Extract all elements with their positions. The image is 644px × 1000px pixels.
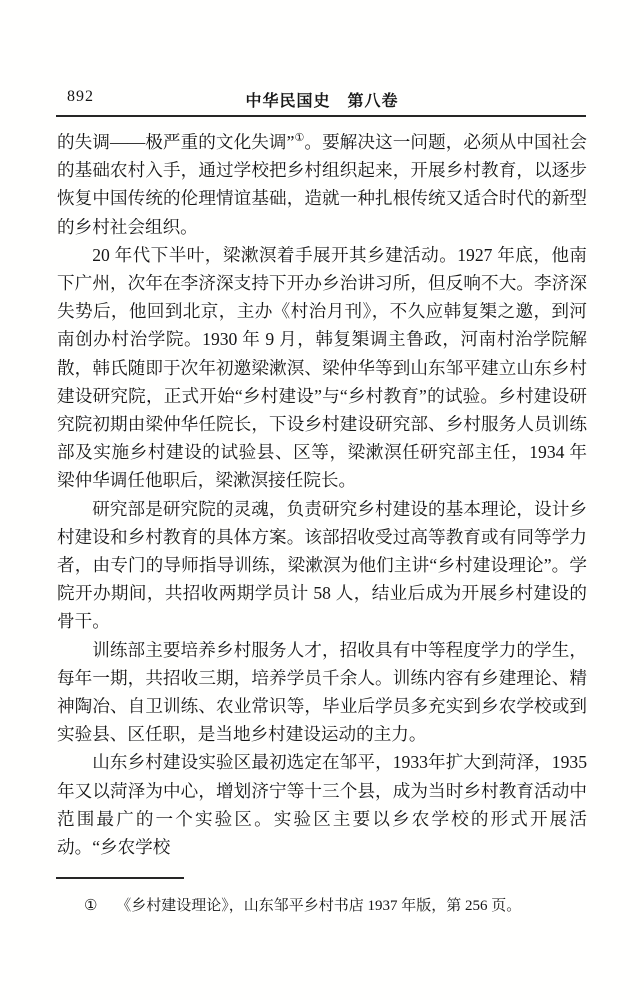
header-rule xyxy=(56,115,586,117)
footnote: ① 《乡村建设理论》，山东邹平乡村书店 1937 年版，第 256 页。 xyxy=(56,896,586,917)
footnote-marker: ① xyxy=(84,898,97,914)
body-paragraph: 训练部主要培养乡村服务人才，招收具有中等程度学力的学生，每年一期，共招收三期，培… xyxy=(57,636,587,749)
body-text: 的失调——极严重的文化失调”①。要解决这一问题，必须从中国社会的基础农村入手，通… xyxy=(57,128,587,861)
footnote-rule xyxy=(56,877,184,879)
book-page: 892 中华民国史 第八卷 的失调——极严重的文化失调”①。要解决这一问题，必须… xyxy=(0,0,644,1000)
footnote-ref-marker: ① xyxy=(294,132,304,144)
body-paragraph: 山东乡村建设实验区最初选定在邹平，1933年扩大到菏泽，1935年又以菏泽为中心… xyxy=(57,748,587,861)
body-paragraph: 的失调——极严重的文化失调”①。要解决这一问题，必须从中国社会的基础农村入手，通… xyxy=(57,128,587,241)
paragraph-text: 研究部是研究院的灵魂，负责研究乡村建设的基本理论，设计乡村建设和乡村教育的具体方… xyxy=(57,499,587,632)
body-paragraph: 研究部是研究院的灵魂，负责研究乡村建设的基本理论，设计乡村建设和乡村教育的具体方… xyxy=(57,495,587,636)
paragraph-text: 的失调——极严重的文化失调” xyxy=(57,132,294,152)
footnote-block: ① 《乡村建设理论》，山东邹平乡村书店 1937 年版，第 256 页。 xyxy=(56,877,586,917)
paragraph-text: 20 年代下半叶，梁漱溟着手展开其乡建活动。1927 年底，他南下广州，次年在李… xyxy=(57,245,587,491)
header-title: 中华民国史 第八卷 xyxy=(57,88,587,111)
paragraph-text: 训练部主要培养乡村服务人才，招收具有中等程度学力的学生，每年一期，共招收三期，培… xyxy=(57,640,587,745)
paragraph-text: 山东乡村建设实验区最初选定在邹平，1933年扩大到菏泽，1935年又以菏泽为中心… xyxy=(57,752,587,857)
body-paragraph: 20 年代下半叶，梁漱溟着手展开其乡建活动。1927 年底，他南下广州，次年在李… xyxy=(57,241,587,495)
footnote-text: 《乡村建设理论》，山东邹平乡村书店 1937 年版，第 256 页。 xyxy=(116,898,521,914)
page-header: 892 中华民国史 第八卷 xyxy=(57,88,587,110)
